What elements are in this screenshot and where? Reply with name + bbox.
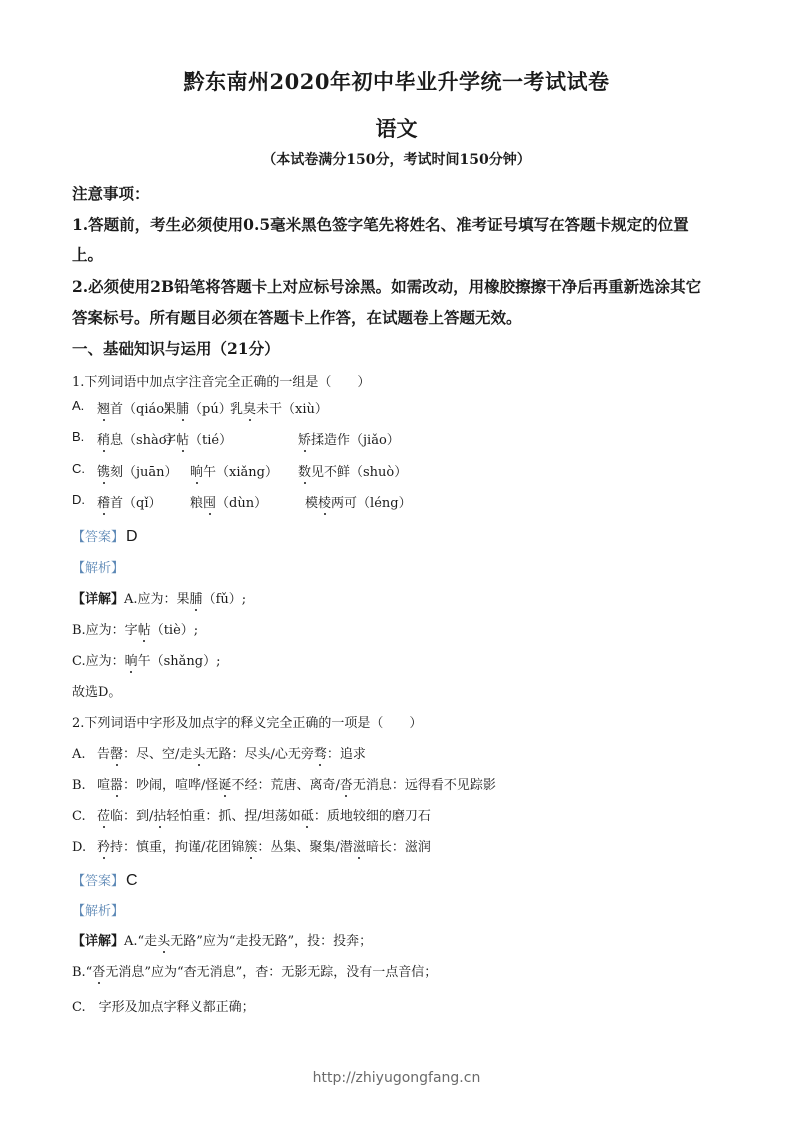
dotted-char: 晌 <box>190 461 203 480</box>
detail-text: C.应为： <box>72 654 125 669</box>
dotted-char: 沓 <box>92 961 105 980</box>
dotted-char: 砥 <box>301 805 314 824</box>
option-word: 字帖（tié） <box>163 429 232 448</box>
option-line: B.喧嚣：吵闹，喧哗/怪诞不经：荒唐、离奇/沓无消息：远得看不见踪影 <box>72 774 496 793</box>
option-word: 稽首（qǐ） <box>97 492 162 511</box>
question-2-detail-b: B.“沓无消息”应为“杳无消息”，杳：无影无踪，没有一点音信； <box>72 961 437 980</box>
option-text: ：尽、空/走 <box>123 747 192 762</box>
note-2-line-1: 2.必须使用2B铅笔将答题卡上对应标号涂黑。如需改动，用橡胶擦擦干净后再重新选涂… <box>72 275 701 297</box>
question-1-stem: 1.下列词语中加点字注音完全正确的一组是（ ） <box>72 371 370 390</box>
word-text: （pú） <box>189 402 232 417</box>
detail-text: 无消息”应为“杳无消息”，杳：无影无踪，没有一点音信； <box>105 965 437 980</box>
option-text: 无路：尽头/心无旁 <box>205 747 313 762</box>
option-line: C.莅临：到/拈轻怕重：抓、捏/坦荡如砥：质地较细的磨刀石 <box>72 805 431 824</box>
dotted-char: 囤 <box>203 492 216 511</box>
dotted-char: 诞 <box>218 774 231 793</box>
option-word: 晌午（xiǎng） <box>190 461 278 480</box>
analysis-tag: 【解析】 <box>72 557 124 576</box>
option-word: 镌刻（juān） <box>97 461 178 480</box>
question-2-answer: 【答案】C <box>72 870 138 890</box>
option-text: ：吵闹，喧哗/怪 <box>123 778 218 793</box>
option-label: A. <box>72 398 84 413</box>
option-line: A.告罄：尽、空/走头无路：尽头/心无旁骛：追求 <box>72 743 366 762</box>
word-text: 午（xiǎng） <box>203 465 278 480</box>
option-text: 无消息：远得看不见踪影 <box>353 778 496 793</box>
dotted-char: 帖 <box>138 619 151 638</box>
option-text: 轻怕重：抓、捏/坦荡如 <box>166 809 300 824</box>
word-text: 见不鲜（shuò） <box>311 465 407 480</box>
option-label: C. <box>72 461 85 476</box>
option-label: C. <box>72 809 97 824</box>
detail-lead: 【详解】 <box>72 934 124 949</box>
word-text: （tié） <box>189 433 232 448</box>
dotted-char: 滋 <box>353 836 366 855</box>
word-text: 模 <box>305 496 318 511</box>
dotted-char: 莅 <box>97 805 110 824</box>
option-text: 临：到/ <box>110 809 153 824</box>
option-text: 持：慎重，拘谨/花团锦 <box>110 840 244 855</box>
word-text: 果 <box>163 402 176 417</box>
dotted-char: 簇 <box>244 836 257 855</box>
note-1-line-2: 上。 <box>72 243 103 265</box>
dotted-char: 脯 <box>190 588 203 607</box>
answer-tag: 【答案】 <box>72 874 124 889</box>
detail-text: （fǔ）; <box>203 592 247 607</box>
exam-info: （本试卷满分150分，考试时间150分钟） <box>0 149 793 169</box>
question-1-answer: 【答案】D <box>72 526 138 546</box>
dotted-char: 矫 <box>298 429 311 448</box>
option-label: D. <box>72 492 85 507</box>
dotted-char: 帖 <box>176 429 189 448</box>
word-text: 粮 <box>190 496 203 511</box>
dotted-char: 稍 <box>97 429 110 448</box>
detail-text: （tiè）; <box>151 623 198 638</box>
detail-lead: 【详解】 <box>72 592 124 607</box>
option-text: 喧 <box>97 778 110 793</box>
option-label: A. <box>72 747 97 762</box>
note-2-line-2: 答案标号。所有题目必须在答题卡上作答，在试题卷上答题无效。 <box>72 306 522 328</box>
dotted-char: 稽 <box>97 492 110 511</box>
dotted-char: 棱 <box>318 492 331 511</box>
footer-url[interactable]: http://zhiyugongfang.cn <box>0 1070 793 1086</box>
question-2-stem: 2.下列词语中字形及加点字的释义完全正确的一项是（ ） <box>72 712 422 731</box>
option-text: ：质地较细的磨刀石 <box>314 809 431 824</box>
option-word: 数见不鲜（shuò） <box>298 461 407 480</box>
word-text: 未干（xiù） <box>256 402 328 417</box>
word-text: 字 <box>163 433 176 448</box>
option-label: D. <box>72 840 97 855</box>
dotted-char: 沓 <box>340 774 353 793</box>
detail-text: 无路”应为“走投无路”，投：投奔； <box>170 934 372 949</box>
detail-line: C.应为：晌午（shǎng）; <box>72 650 221 669</box>
dotted-char: 镌 <box>97 461 110 480</box>
word-text: 乳 <box>230 402 243 417</box>
dotted-char: 臭 <box>243 398 256 417</box>
dotted-char: 头 <box>157 930 170 949</box>
detail-text: B.“ <box>72 965 92 980</box>
question-1-conclusion: 故选D。 <box>72 681 121 700</box>
exam-page: 黔东南州2020年初中毕业升学统一考试试卷 语文 （本试卷满分150分，考试时间… <box>0 0 793 1122</box>
dotted-char: 翘 <box>97 398 110 417</box>
analysis-tag: 【解析】 <box>72 900 124 919</box>
word-text: 揉造作（jiǎo） <box>311 433 400 448</box>
detail-line: B.应为：字帖（tiè）; <box>72 619 198 638</box>
dotted-char: 拈 <box>153 805 166 824</box>
option-word: 乳臭未干（xiù） <box>230 398 328 417</box>
answer-tag: 【答案】 <box>72 530 124 545</box>
option-text: ：追求 <box>327 747 366 762</box>
word-text: 两可（léng） <box>331 496 412 511</box>
dotted-char: 晌 <box>125 650 138 669</box>
dotted-char: 骛 <box>314 743 327 762</box>
question-2-detail-c: C. 字形及加点字释义都正确； <box>72 996 255 1015</box>
dotted-char: 头 <box>192 743 205 762</box>
detail-line: 【详解】A.应为：果脯（fǔ）; <box>72 588 246 607</box>
dotted-char: 罄 <box>110 743 123 762</box>
dotted-char: 嚣 <box>110 774 123 793</box>
option-text: 告 <box>97 747 110 762</box>
dotted-char: 数 <box>298 461 311 480</box>
option-line: D.矜持：慎重，拘谨/花团锦簇：丛集、聚集/潜滋暗长：滋润 <box>72 836 431 855</box>
answer-value: C <box>126 872 138 889</box>
page-title: 黔东南州2020年初中毕业升学统一考试试卷 <box>0 66 793 96</box>
subject-heading: 语文 <box>0 113 793 143</box>
detail-text: A.“走 <box>124 934 157 949</box>
detail-text: B.应为：字 <box>72 623 138 638</box>
option-text: 不经：荒唐、离奇/ <box>231 778 339 793</box>
option-label: B. <box>72 429 84 444</box>
dotted-char: 脯 <box>176 398 189 417</box>
option-word: 模棱两可（léng） <box>305 492 412 511</box>
option-word: 粮囤（dùn） <box>190 492 267 511</box>
option-text: ：丛集、聚集/潜 <box>257 840 352 855</box>
word-text: （dùn） <box>216 496 267 511</box>
word-text: 刻（juān） <box>110 465 178 480</box>
question-2-detail-a: 【详解】A.“走头无路”应为“走投无路”，投：投奔； <box>72 930 372 949</box>
detail-text: A.应为：果 <box>124 592 190 607</box>
dotted-char: 矜 <box>97 836 110 855</box>
note-1-line-1: 1.答题前，考生必须使用0.5毫米黑色签字笔先将姓名、准考证号填写在答题卡规定的… <box>72 213 689 235</box>
answer-value: D <box>126 528 138 545</box>
notes-heading: 注意事项： <box>72 182 150 204</box>
option-word: 果脯（pú） <box>163 398 232 417</box>
section-1-heading: 一、基础知识与运用（21分） <box>72 337 280 359</box>
option-word: 矫揉造作（jiǎo） <box>298 429 400 448</box>
option-text: 暗长：滋润 <box>366 840 431 855</box>
option-label: B. <box>72 778 97 793</box>
detail-text: 午（shǎng）; <box>138 654 221 669</box>
word-text: 首（qǐ） <box>110 496 161 511</box>
